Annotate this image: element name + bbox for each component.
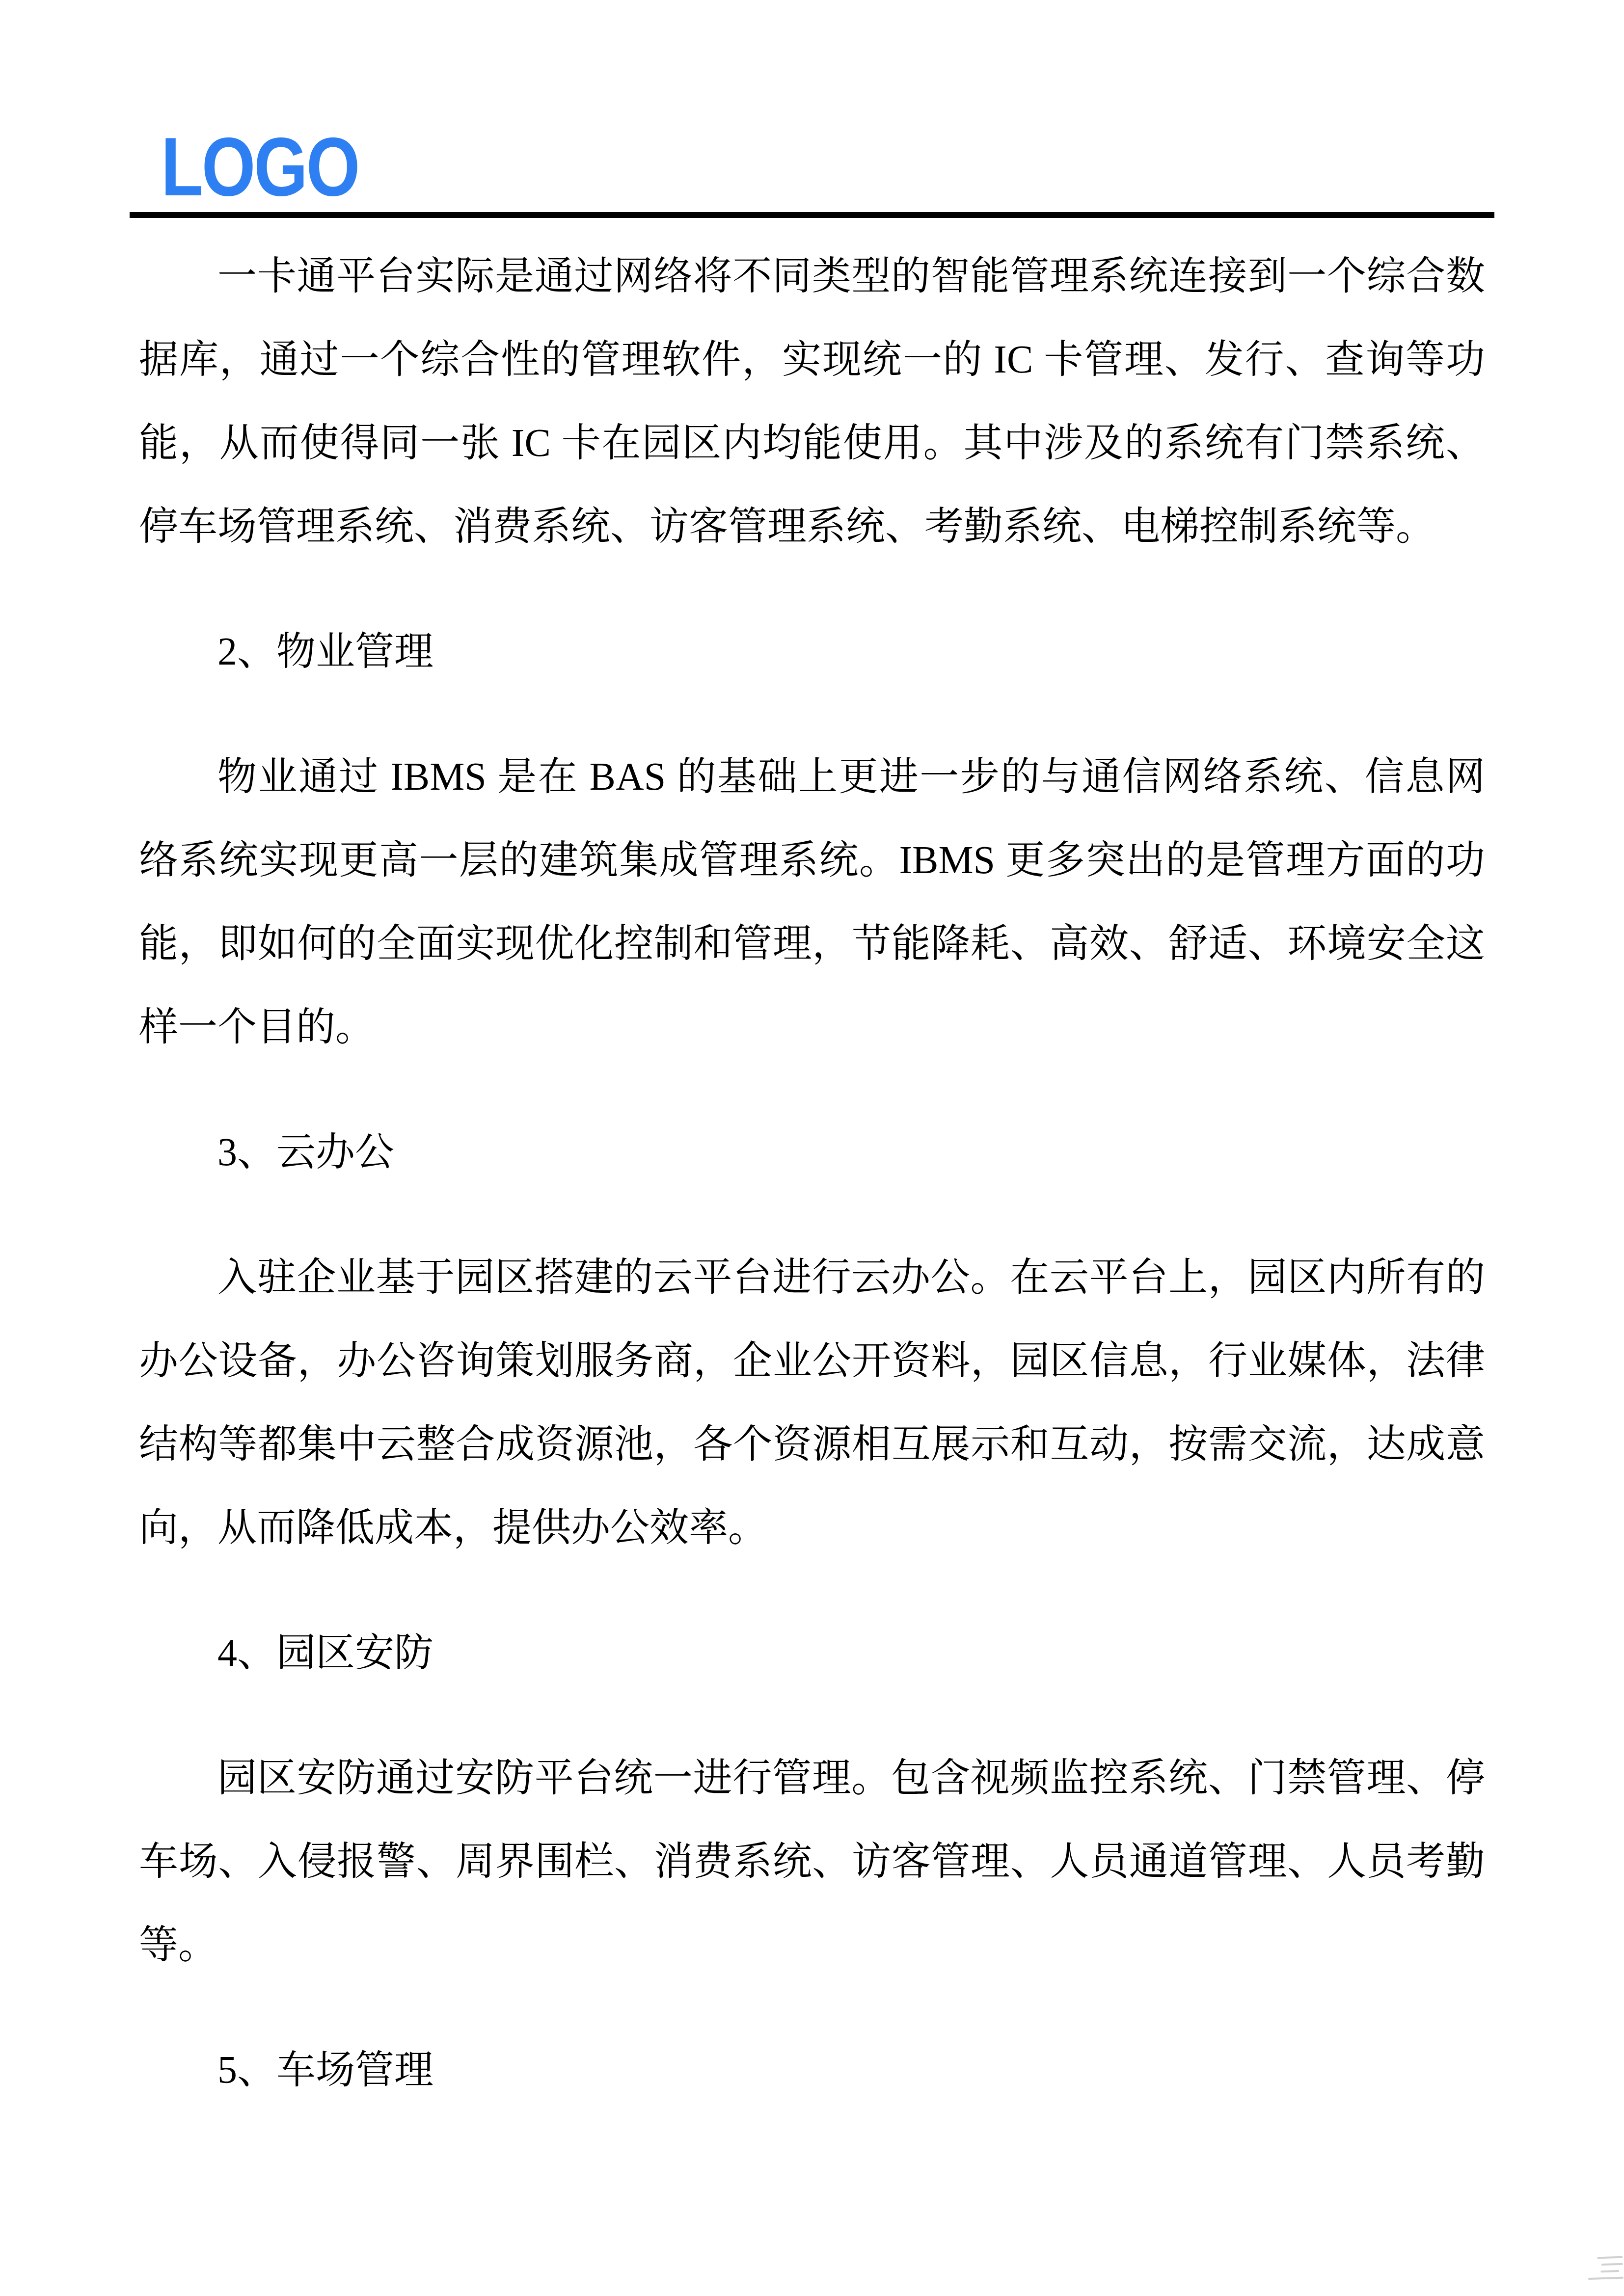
- corner-artifact-stroke: [1601, 2263, 1623, 2266]
- paragraph-property-management: 物业通过 IBMS 是在 BAS 的基础上更进一步的与通信网络系统、信息网络系统…: [139, 735, 1485, 1069]
- header-divider: [130, 212, 1494, 218]
- heading-park-security: 4、园区安防: [139, 1611, 1485, 1695]
- corner-artifact-stroke: [1600, 2270, 1619, 2272]
- corner-artifact-stroke: [1588, 2277, 1624, 2280]
- page-corner-artifact: [1583, 2251, 1624, 2282]
- company-logo: LOGO: [161, 126, 358, 208]
- heading-cloud-office: 3、云办公: [139, 1111, 1485, 1194]
- paragraph-park-security: 园区安防通过安防平台统一进行管理。包含视频监控系统、门禁管理、停车场、入侵报警、…: [139, 1736, 1485, 1987]
- corner-artifact-stroke: [1597, 2256, 1623, 2259]
- heading-parking-management: 5、车场管理: [139, 2029, 1485, 2112]
- paragraph-cloud-office: 入驻企业基于园区搭建的云平台进行云办公。在云平台上，园区内所有的办公设备，办公咨…: [139, 1236, 1485, 1570]
- heading-property-management: 2、物业管理: [139, 610, 1485, 694]
- document-body: 一卡通平台实际是通过网络将不同类型的智能管理系统连接到一个综合数据库，通过一个综…: [139, 235, 1485, 2154]
- paragraph-onecard-platform: 一卡通平台实际是通过网络将不同类型的智能管理系统连接到一个综合数据库，通过一个综…: [139, 235, 1485, 568]
- document-page: LOGO 一卡通平台实际是通过网络将不同类型的智能管理系统连接到一个综合数据库，…: [0, 0, 1624, 2296]
